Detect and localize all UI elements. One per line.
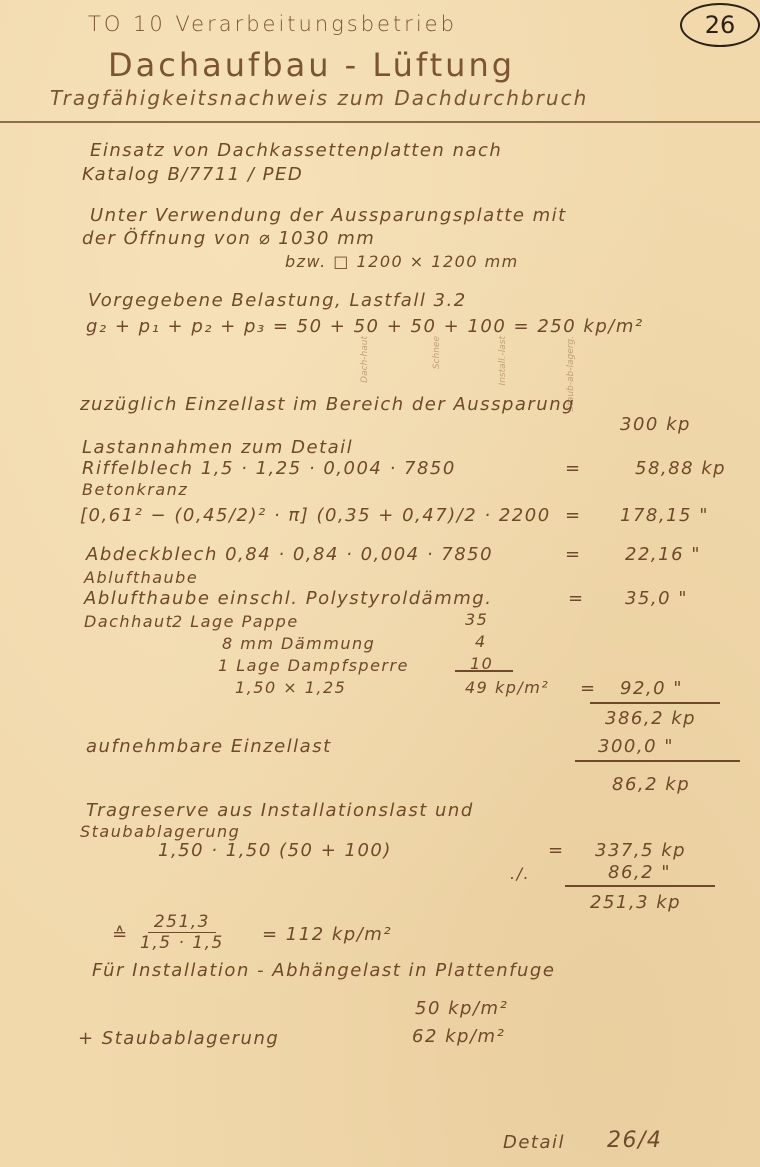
reserve-formula: 1,50 · 1,50 (50 + 100) <box>158 840 392 861</box>
load-heading: Vorgegebene Belastung, Lastfall 3.2 <box>88 290 467 311</box>
row-riffelblech-label: Riffelblech 1,5 · 1,25 · 0,004 · 7850 <box>82 458 456 479</box>
capacity-label: aufnehmbare Einzellast <box>86 736 332 757</box>
assumptions-total: 386,2 kp <box>605 708 696 729</box>
reserve-result: 251,3 kp <box>590 892 681 913</box>
row-riffelblech-eq: = <box>565 458 582 479</box>
capacity-difference: 86,2 kp <box>612 774 690 795</box>
dust-label: + Staubablagerung <box>78 1028 279 1049</box>
footer-label: Detail <box>503 1132 565 1153</box>
corresponds-sign: ≙ <box>112 924 129 945</box>
distribution-line: Für Installation - Abhängelast in Platte… <box>92 960 555 981</box>
row-ablufthaube-label: Ablufthaube einschl. Polystyroldämmg. <box>84 588 492 609</box>
project-line: TO 10 Verarbeitungsbetrieb <box>88 12 457 36</box>
roof-item-2-value: 4 <box>475 632 487 651</box>
faint-label-1: Dach-haut <box>360 336 370 383</box>
row-betonkranz-eq: = <box>565 505 582 526</box>
intro-line-3: Unter Verwendung der Aussparungsplatte m… <box>90 205 567 226</box>
roof-sum-rule <box>455 670 513 672</box>
roof-sum: 49 kp/m² <box>465 678 549 697</box>
total-rule <box>590 702 720 704</box>
intro-line-1: Einsatz von Dachkassettenplatten nach <box>90 140 502 161</box>
reserve-minus-value: 86,2 " <box>608 862 671 883</box>
roof-value: 92,0 " <box>620 678 683 699</box>
header-divider <box>0 121 760 123</box>
intro-line-5: bzw. □ 1200 × 1200 mm <box>285 252 519 271</box>
additional-load-value: 300 kp <box>620 414 691 435</box>
reserve-rule <box>565 885 715 887</box>
load-formula: g₂ + p₁ + p₂ + p₃ = 50 + 50 + 50 + 100 =… <box>86 316 644 337</box>
reserve-minus-sign: ./. <box>510 864 530 883</box>
per-area-fraction: 251,3 1,5 · 1,5 <box>140 912 224 953</box>
intro-line-2: Katalog B/7711 / PED <box>82 164 303 185</box>
per-area-denominator: 1,5 · 1,5 <box>140 933 224 953</box>
roof-area: 1,50 × 1,25 <box>235 678 346 697</box>
roof-eq: = <box>580 678 597 699</box>
reserve-heading-1: Tragreserve aus Installationslast und <box>86 800 474 821</box>
reserve-value: 337,5 kp <box>595 840 686 861</box>
per-area-numerator: 251,3 <box>148 912 216 933</box>
page-title: Dachaufbau - Lüftung <box>108 46 515 84</box>
additional-load: zuzüglich Einzellast im Bereich der Auss… <box>80 394 575 415</box>
dust-value: 62 kp/m² <box>412 1026 505 1047</box>
per-area-result: = 112 kp/m² <box>262 924 392 945</box>
roof-item-1-label: 2 Lage Pappe <box>172 612 299 631</box>
capacity-value: 300,0 " <box>598 736 674 757</box>
faint-label-3: Install.-last <box>498 336 508 385</box>
install-value: 50 kp/m² <box>415 998 508 1019</box>
roof-label: Dachhaut <box>84 612 173 631</box>
footer-detail-ref: 26/4 <box>607 1128 662 1153</box>
row-abdeckblech-eq: = <box>565 544 582 565</box>
row-riffelblech-value: 58,88 kp <box>635 458 726 479</box>
reserve-eq: = <box>548 840 565 861</box>
page-number-badge: 26 <box>680 3 760 47</box>
capacity-rule <box>575 760 740 762</box>
intro-line-4: der Öffnung von ⌀ 1030 mm <box>82 228 375 249</box>
roof-item-1-value: 35 <box>465 610 488 629</box>
row-betonkranz-formula: [0,61² − (0,45/2)² · π] (0,35 + 0,47)/2 … <box>80 505 551 526</box>
assumptions-heading: Lastannahmen zum Detail <box>82 437 353 458</box>
row-ablufthaube-eq: = <box>568 588 585 609</box>
row-ablufthaube-heading: Ablufthaube <box>84 568 198 587</box>
reserve-heading-2: Staubablagerung <box>80 822 240 841</box>
row-ablufthaube-value: 35,0 " <box>625 588 688 609</box>
row-betonkranz-label: Betonkranz <box>82 480 188 499</box>
row-betonkranz-value: 178,15 " <box>620 505 709 526</box>
page-subtitle: Tragfähigkeitsnachweis zum Dachdurchbruc… <box>50 86 588 110</box>
roof-item-2-label: 8 mm Dämmung <box>222 634 375 653</box>
row-abdeckblech-label: Abdeckblech 0,84 · 0,84 · 0,004 · 7850 <box>86 544 493 565</box>
roof-item-3-label: 1 Lage Dampfsperre <box>218 656 409 675</box>
faint-label-2: Schnee <box>432 336 442 369</box>
row-abdeckblech-value: 22,16 " <box>625 544 701 565</box>
